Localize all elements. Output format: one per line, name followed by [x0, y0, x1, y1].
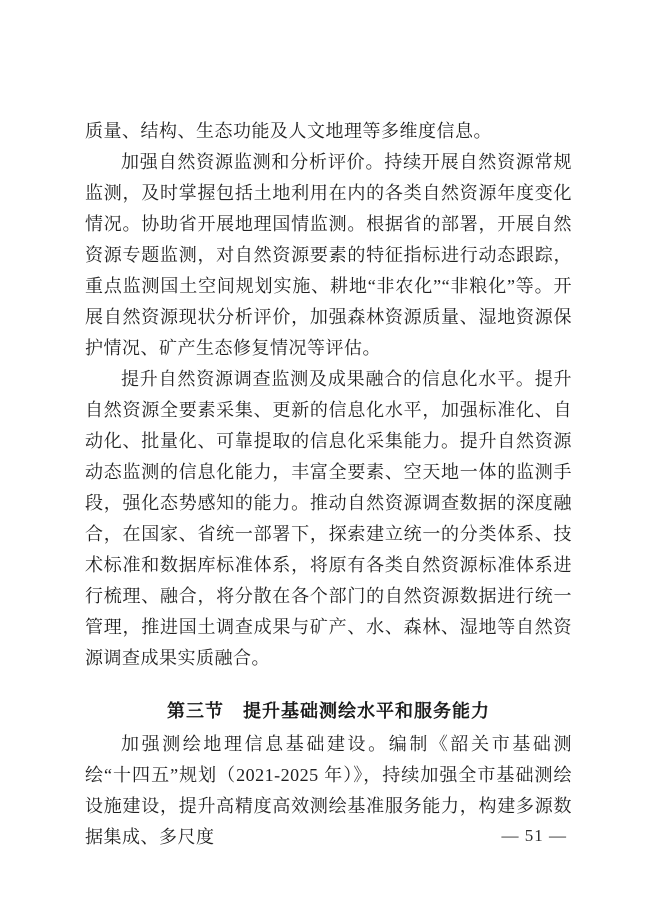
document-page: 质量、结构、生态功能及人文地理等多维度信息。 加强自然资源监测和分析评价。持续开… — [0, 0, 650, 919]
body-paragraph: 提升自然资源调查监测及成果融合的信息化水平。提升自然资源全要素采集、更新的信息化… — [85, 364, 572, 674]
page-number: — 51 — — [502, 824, 568, 848]
body-paragraph-continuation: 质量、结构、生态功能及人文地理等多维度信息。 — [85, 116, 572, 147]
page-content: 质量、结构、生态功能及人文地理等多维度信息。 加强自然资源监测和分析评价。持续开… — [85, 116, 572, 853]
body-paragraph: 加强自然资源监测和分析评价。持续开展自然资源常规监测，及时掌握包括土地利用在内的… — [85, 147, 572, 364]
body-paragraph: 加强测绘地理信息基础建设。编制《韶关市基础测绘“十四五”规划（2021-2025… — [85, 729, 572, 853]
section-heading: 第三节 提升基础测绘水平和服务能力 — [85, 696, 572, 727]
